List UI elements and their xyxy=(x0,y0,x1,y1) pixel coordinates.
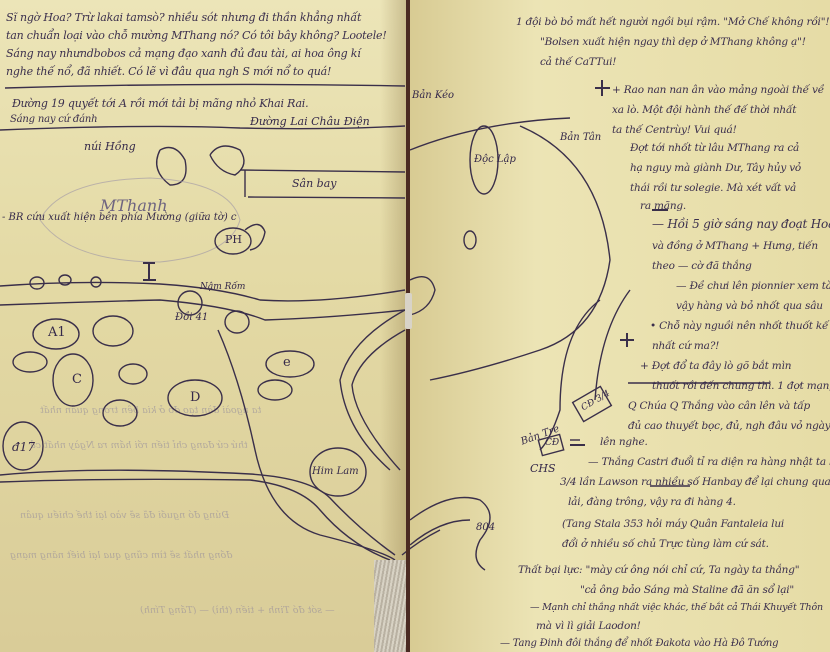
map-label-ban-tan: Bản Tân xyxy=(560,132,601,143)
map-label-e: e xyxy=(283,355,291,370)
binding-clip xyxy=(405,293,412,329)
right-text-line: (Tang Stala 353 hỏi máy Quân Fantaleia l… xyxy=(562,514,784,535)
map-label-river: Nậm Rốm xyxy=(200,282,245,292)
right-text-line: đủ cao thuyết bọc, đủ, ngh đâu vỏ ngày xyxy=(628,416,830,437)
right-text-line: lải, đàng trông, vậy ra đi hàng 4. xyxy=(568,492,736,513)
right-text-line: vậy hàng và bỏ nhốt qua sâu xyxy=(676,296,823,317)
left-header-line: nghe thế nổ, đã nhiết. Có lẽ vì đâu qua … xyxy=(6,62,331,82)
map-label-airfield: Sân bay xyxy=(292,177,337,190)
right-text-line: • Chỗ này nguồi nên nhốt thuốt kế xyxy=(650,316,828,337)
right-text-line: Q Chúa Q Thắng vào cân lên và tấp xyxy=(628,396,810,417)
right-text-line: 1 đội bò bỏ mất hết người ngồi bụi rậm. … xyxy=(516,12,829,33)
right-text-line: + Đợt đổ ta đây lò gõ bắt mìn xyxy=(640,356,791,377)
right-text-line: — Thắng Castri đuổi tỉ ra diện ra hàng n… xyxy=(588,452,830,473)
right-text-line: 3/4 lần Lawson ra nhiều số Hanbay để lại… xyxy=(560,472,830,493)
map-label-hill-41: Đồi 41 xyxy=(175,312,208,323)
map-label-chs: CHS xyxy=(530,462,556,475)
right-text-line: lên nghe. xyxy=(600,432,648,453)
right-text-line: cả thế CaTTui! xyxy=(540,52,616,73)
right-text-line: — Tang Đinh đôi thắng để nhốt Đakota vào… xyxy=(500,634,778,652)
right-text-line: thuốt rồi đến chung thì. 1 đợt mạng về xyxy=(652,376,830,397)
map-note: - BR cứu xuất hiện bên phía Mường (giữa … xyxy=(2,212,237,223)
route-note-line: Sáng nay cứ đánh xyxy=(10,110,97,130)
map-label-mountain: núi Hồng xyxy=(84,140,136,153)
right-text-line: — Đề chưi lên pionnier xem tàn xyxy=(676,276,830,297)
map-label-hill-804: 804 xyxy=(476,522,495,533)
right-text-line: nhất cứ ma?! xyxy=(652,336,719,357)
ribbon-bookmark xyxy=(374,560,406,652)
left-header-line: tan chuẩn loại vào chỗ mường MThang nó? … xyxy=(6,26,387,46)
right-text-line: Đợt tới nhốt từ lâu MThang ra cả xyxy=(630,138,799,159)
right-text-line: + Rao nan nan ân vào mảng ngoài thế về xyxy=(612,80,824,101)
map-label-ph: PH xyxy=(225,233,242,246)
left-header-line: Sáng nay nhưndbobos cả mạng đạo xanh đủ … xyxy=(6,44,361,64)
map-label-d: D xyxy=(190,390,200,405)
right-text-line: theo — cờ đã thắng xyxy=(652,256,752,277)
map-label-a1: A1 xyxy=(48,325,66,340)
map-label-hill-17: đ17 xyxy=(12,440,35,454)
right-text-line: đổi ở nhiều số chủ Trực tùng làm cứ sát. xyxy=(562,534,769,555)
right-text-line: và đồng ở MThang + Hưng, tiến xyxy=(652,236,818,257)
notebook-spread: ta ngoài đàn tạo đó ở kia bên trong quân… xyxy=(0,0,830,652)
map-label-ban-keo: Bản Kéo xyxy=(412,90,454,101)
map-label-him-lam: Him Lam xyxy=(312,466,359,477)
right-text-line: — Hồi 5 giờ sáng nay đoạt Hoa Thôi xyxy=(652,214,830,235)
map-box-label: CĐ xyxy=(545,438,559,448)
right-text-line: hạ nguy mà giành Dư, Tây hủy vỏ xyxy=(630,158,801,179)
map-label-doc-lap: Độc Lập xyxy=(474,154,516,165)
map-label-road: Đường Lai Châu Điện xyxy=(250,115,370,128)
right-text-line: xa lò. Một đội hành thế đế thời nhất xyxy=(612,100,796,121)
map-label-c: C xyxy=(72,372,82,387)
right-text-line: "Bolsen xuất hiện ngay thì dẹp ở MThang … xyxy=(540,32,806,53)
right-text-line: Thất bại lực: "mày cứ ông nói chỉ cứ, Ta… xyxy=(518,560,799,581)
left-header-line: Sĩ ngờ Hoa? Trừ lakai tamsò? nhiều sót n… xyxy=(6,8,361,28)
